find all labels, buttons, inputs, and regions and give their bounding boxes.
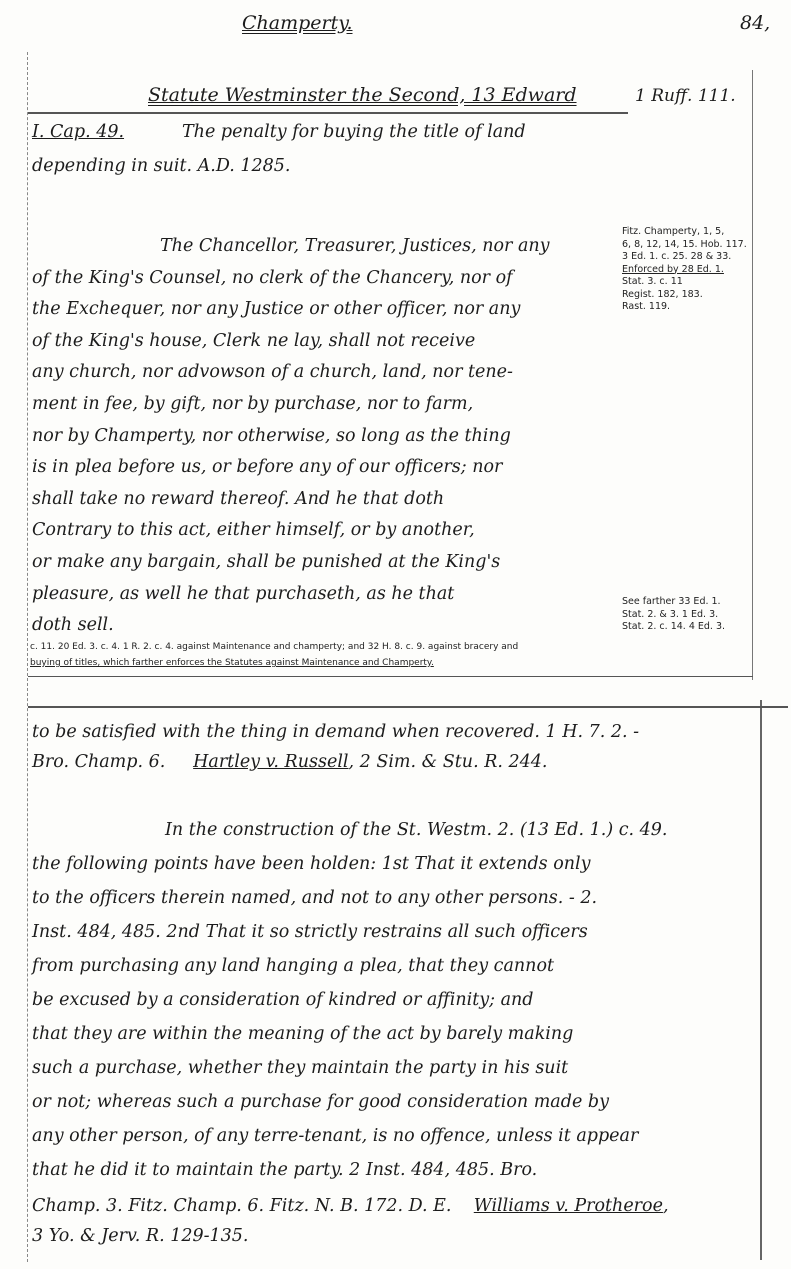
paragraph-line: that they are within the meaning of the … xyxy=(32,1024,573,1044)
margin-note-line: Regist. 182, 183. xyxy=(622,289,747,302)
margin-note-line: Rast. 119. xyxy=(622,301,747,314)
statute-side-ref: 1 Ruff. 111. xyxy=(635,86,736,106)
paragraph-line: such a purchase, whether they maintain t… xyxy=(32,1058,568,1078)
statute-body-line: nor by Champerty, nor otherwise, so long… xyxy=(32,426,511,446)
statute-body-line: ment in fee, by gift, nor by purchase, n… xyxy=(32,394,473,414)
statute-body-line: of the King's Counsel, no clerk of the C… xyxy=(32,268,513,288)
case-hartley-v-russell: Hartley v. Russell xyxy=(193,752,348,772)
statute-body-line: The Chancellor, Treasurer, Justices, nor… xyxy=(160,236,550,256)
last-line: 3 Yo. & Jerv. R. 129-135. xyxy=(32,1226,248,1246)
right-margin-rule-lower xyxy=(760,700,762,1260)
case-williams-v-protheroe: Williams v. Protheroe xyxy=(474,1196,663,1216)
statute-body-line: doth sell. xyxy=(32,615,114,635)
statute-body-line: any church, nor advowson of a church, la… xyxy=(32,362,513,382)
statute-subtitle: The penalty for buying the title of land xyxy=(182,122,526,142)
case-hartley-ref: , 2 Sim. & Stu. R. 244. xyxy=(349,752,548,772)
footnote-line-2: buying of titles, which farther enforces… xyxy=(30,658,434,668)
manuscript-page: Champerty. 84, Statute Westminster the S… xyxy=(0,0,791,1269)
paragraph-line: that he did it to maintain the party. 2 … xyxy=(32,1160,537,1180)
margin-note-line: Stat. 2. & 3. 1 Ed. 3. xyxy=(622,609,725,622)
margin-note-line: 6, 8, 12, 14, 15. Hob. 117. xyxy=(622,239,747,252)
margin-note-line: See farther 33 Ed. 1. xyxy=(622,596,725,609)
margin-note-line: Stat. 3. c. 11 xyxy=(622,276,747,289)
paragraph-line: or not; whereas such a purchase for good… xyxy=(32,1092,609,1112)
statute-cap: I. Cap. 49. xyxy=(32,122,124,142)
margin-note-line: Fitz. Champerty, 1, 5, xyxy=(622,226,747,239)
margin-notes-top: Fitz. Champerty, 1, 5,6, 8, 12, 14, 15. … xyxy=(622,226,747,314)
page-title: Champerty. xyxy=(242,12,353,34)
statute-subtitle-line2: depending in suit. A.D. 1285. xyxy=(32,156,291,176)
paragraph-line: to the officers therein named, and not t… xyxy=(32,888,597,908)
statute-body-line: of the King's house, Clerk ne lay, shall… xyxy=(32,331,475,351)
margin-notes-bottom: See farther 33 Ed. 1.Stat. 2. & 3. 1 Ed.… xyxy=(622,596,725,634)
footnote-rule xyxy=(28,676,753,677)
champ-fitz-refs: Champ. 3. Fitz. Champ. 6. Fitz. N. B. 17… xyxy=(32,1196,452,1216)
left-margin-rule xyxy=(27,52,28,1262)
margin-note-line: 3 Ed. 1. c. 25. 28 & 33. xyxy=(622,251,747,264)
margin-note-line: Stat. 2. c. 14. 4 Ed. 3. xyxy=(622,621,725,634)
section-divider xyxy=(28,706,788,708)
statute-body-line: pleasure, as well he that purchaseth, as… xyxy=(32,584,454,604)
case-line: Champ. 3. Fitz. Champ. 6. Fitz. N. B. 17… xyxy=(32,1196,669,1216)
footnote-line-1: c. 11. 20 Ed. 3. c. 4. 1 R. 2. c. 4. aga… xyxy=(30,642,518,652)
statute-rule xyxy=(28,112,628,114)
paragraph-line: any other person, of any terre-tenant, i… xyxy=(32,1126,638,1146)
paragraph-line: Inst. 484, 485. 2nd That it so strictly … xyxy=(32,922,588,942)
continuation-line-1: to be satisfied with the thing in demand… xyxy=(32,722,639,742)
continuation-line-2: Bro. Champ. 6. Hartley v. Russell, 2 Sim… xyxy=(32,752,547,772)
margin-note-line: Enforced by 28 Ed. 1. xyxy=(622,264,747,277)
paragraph-line: from purchasing any land hanging a plea,… xyxy=(32,956,554,976)
statute-body-line: the Exchequer, nor any Justice or other … xyxy=(32,299,520,319)
statute-body-line: is in plea before us, or before any of o… xyxy=(32,457,502,477)
paragraph-line: the following points have been holden: 1… xyxy=(32,854,591,874)
page-number: 84, xyxy=(740,12,770,34)
bro-champ-ref: Bro. Champ. 6. xyxy=(32,752,165,772)
right-margin-rule-upper xyxy=(752,70,753,680)
statute-body-line: or make any bargain, shall be punished a… xyxy=(32,552,500,572)
statute-heading: Statute Westminster the Second, 13 Edwar… xyxy=(148,84,577,106)
paragraph-line: In the construction of the St. Westm. 2.… xyxy=(165,820,667,840)
statute-body-line: Contrary to this act, either himself, or… xyxy=(32,520,475,540)
paragraph-line: be excused by a consideration of kindred… xyxy=(32,990,534,1010)
statute-body-line: shall take no reward thereof. And he tha… xyxy=(32,489,444,509)
